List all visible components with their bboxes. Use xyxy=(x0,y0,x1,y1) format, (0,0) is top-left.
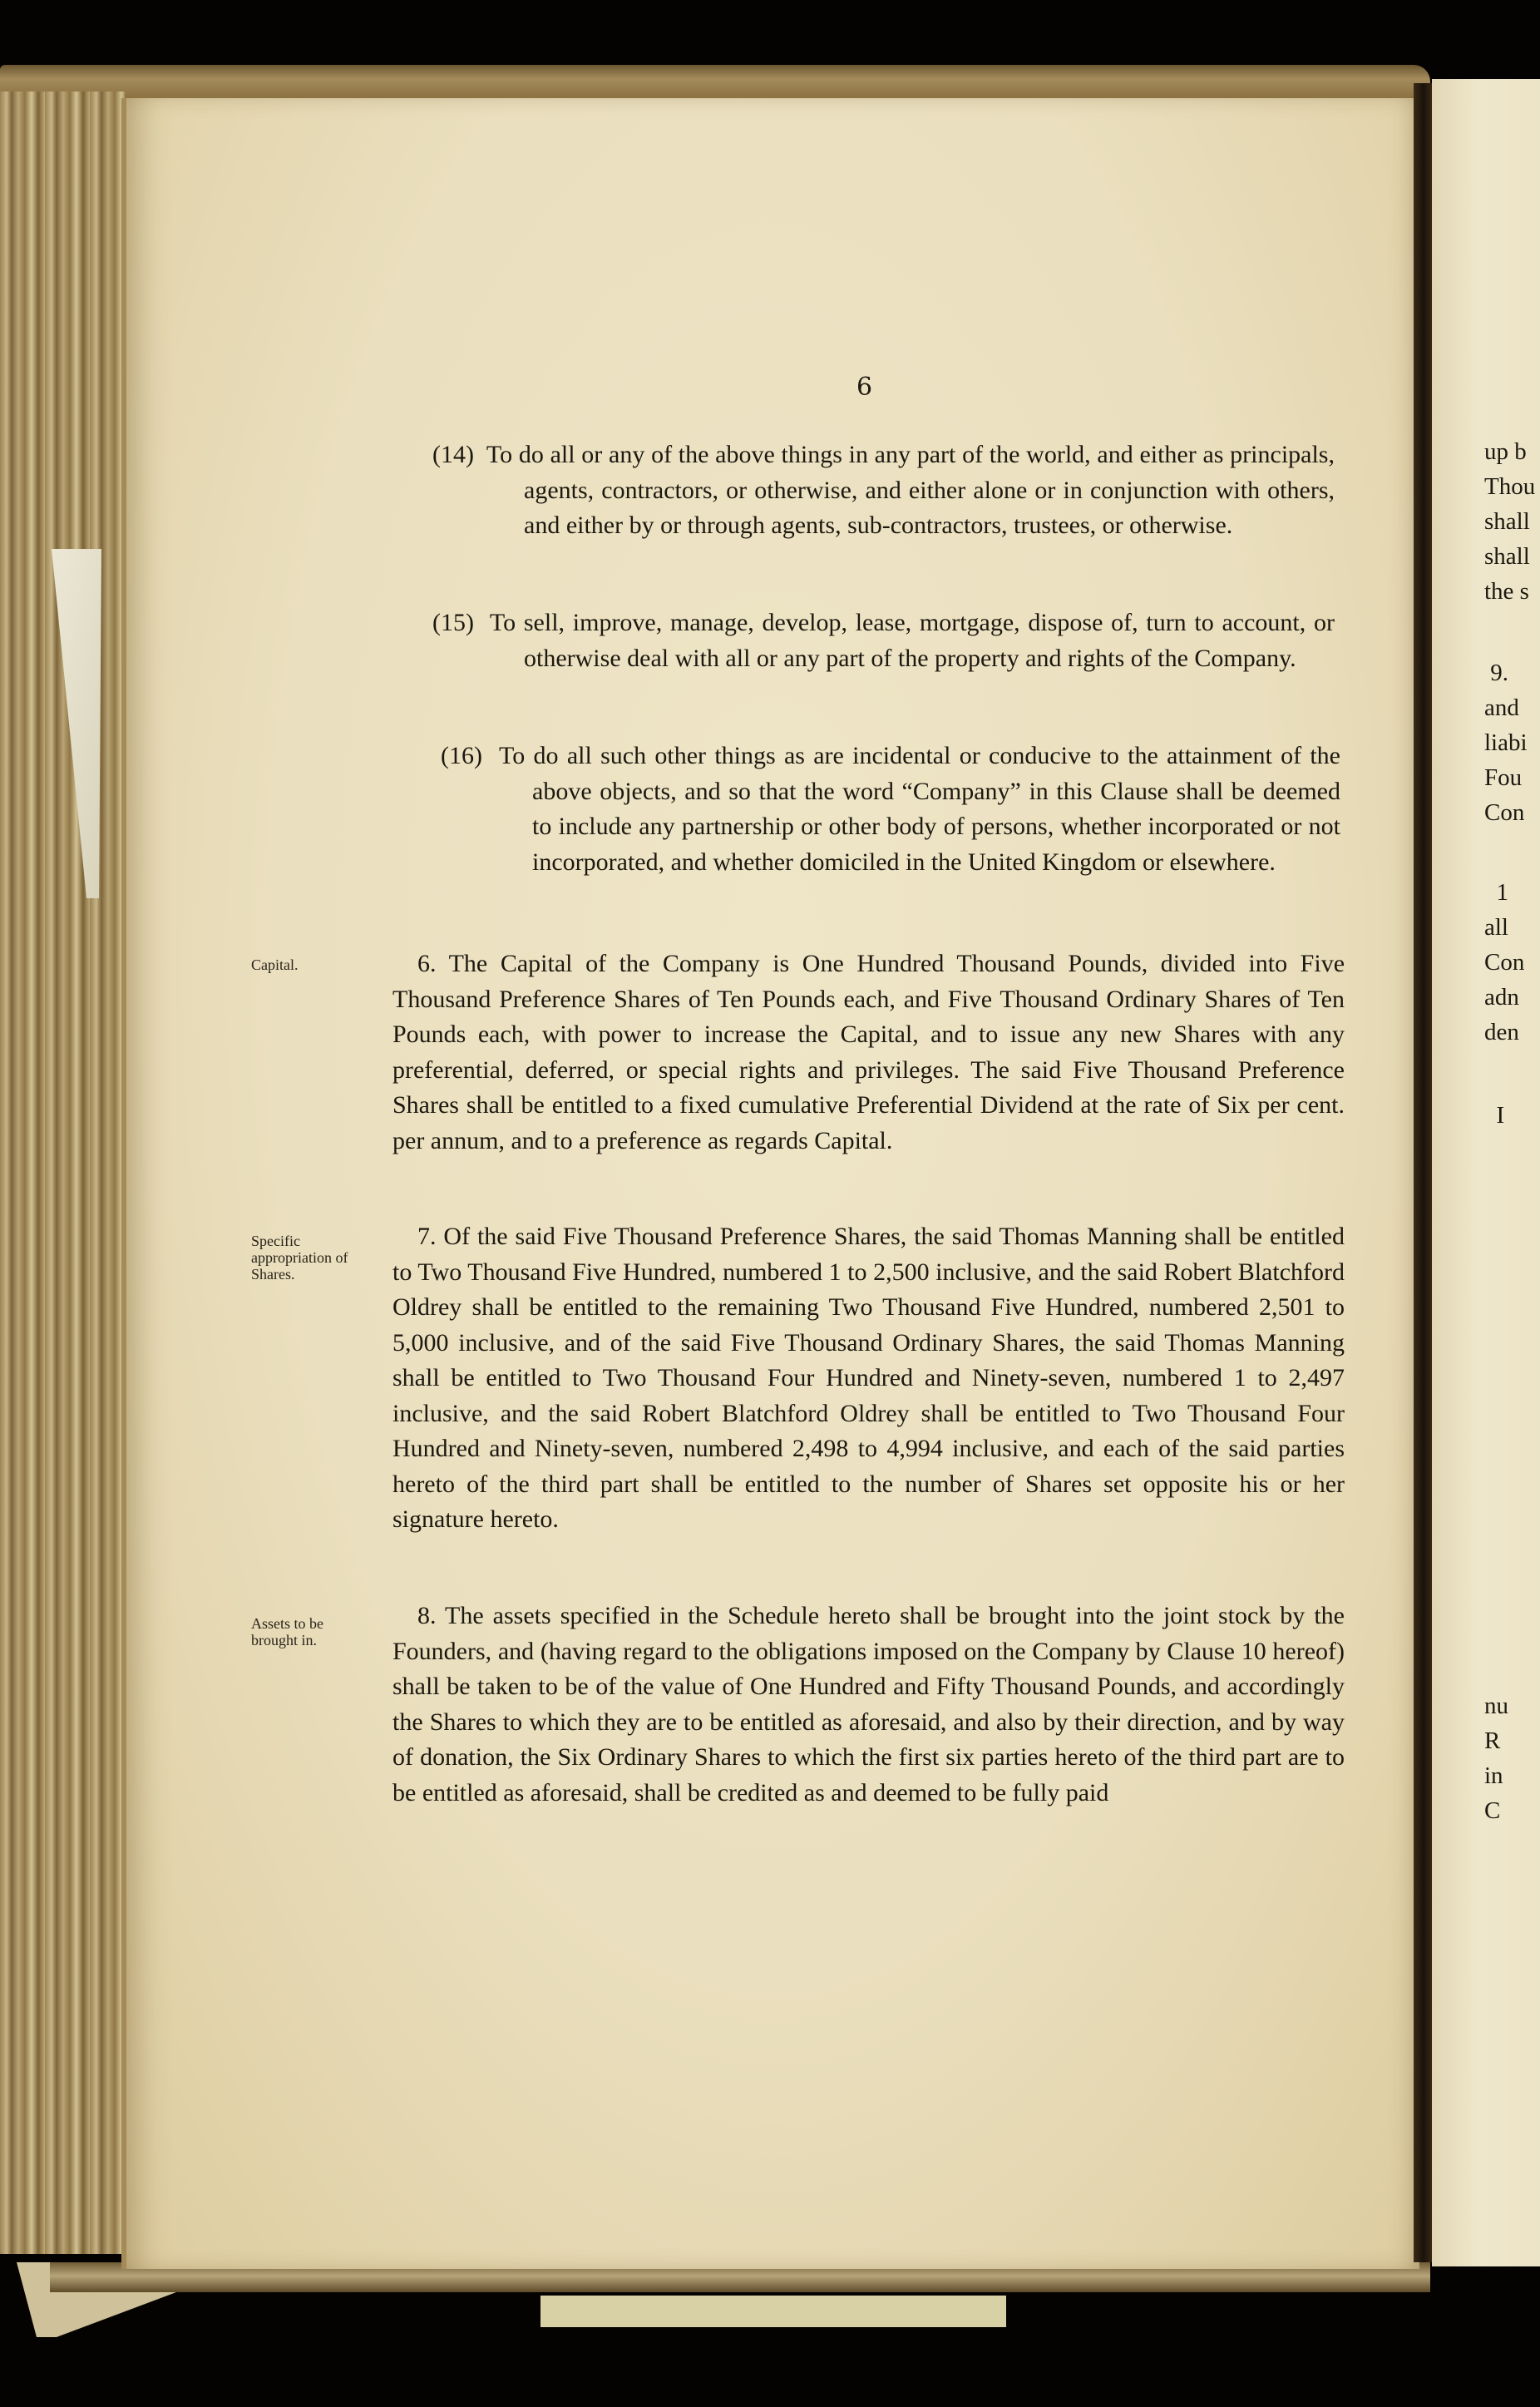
side-note-assets: Assets to be brought in. xyxy=(251,1615,359,1648)
page-stack-left xyxy=(0,91,125,2254)
document-page xyxy=(121,98,1419,2269)
page-number: 6 xyxy=(856,373,872,402)
facing-page-fragment-3: 1 all Con adn den xyxy=(1484,875,1524,1050)
sub-clause-text: To do all such other things as are incid… xyxy=(499,742,1340,876)
sub-clause-label: (16) xyxy=(441,742,482,769)
book-top-edge xyxy=(0,65,1430,100)
facing-page-fragment-5: nu R in C xyxy=(1484,1688,1508,1828)
sub-clause-16: (16) To do all such other things as are … xyxy=(441,739,1340,880)
sub-clause-label: (14) xyxy=(432,441,474,468)
clause-text: The assets specified in the Schedule her… xyxy=(392,1602,1345,1806)
bottom-paper-slip xyxy=(540,2296,1006,2327)
clause-text: The Capital of the Company is One Hundre… xyxy=(392,950,1345,1154)
sub-clause-label: (15) xyxy=(432,609,474,636)
facing-page-fragment-2: 9. and liabi Fou Con xyxy=(1484,655,1528,830)
book-gutter xyxy=(1414,83,1434,2262)
side-note-capital: Capital. xyxy=(251,956,368,973)
clause-number: 7. xyxy=(417,1223,437,1250)
clause-6: 6. The Capital of the Company is One Hun… xyxy=(392,946,1345,1159)
sub-clause-text: To sell, improve, manage, develop, lease… xyxy=(490,609,1335,672)
facing-page-fragment-4: I xyxy=(1484,1098,1504,1133)
side-note-specific-appropriation: Specific appropriation of Shares. xyxy=(251,1233,368,1283)
clause-number: 6. xyxy=(417,950,437,977)
clause-8: 8. The assets specified in the Schedule … xyxy=(392,1599,1345,1811)
facing-page-fragment-1: up b Thou shall shall the s xyxy=(1484,434,1535,609)
clause-7: 7. Of the said Five Thousand Preference … xyxy=(392,1219,1345,1538)
sub-clause-text: To do all or any of the above things in … xyxy=(486,441,1335,539)
sub-clause-14: (14) To do all or any of the above thing… xyxy=(432,437,1335,544)
clause-number: 8. xyxy=(417,1602,437,1629)
sub-clause-15: (15) To sell, improve, manage, develop, … xyxy=(432,605,1335,676)
facing-page xyxy=(1432,79,1540,2266)
clause-text: Of the said Five Thousand Preference Sha… xyxy=(392,1223,1345,1533)
